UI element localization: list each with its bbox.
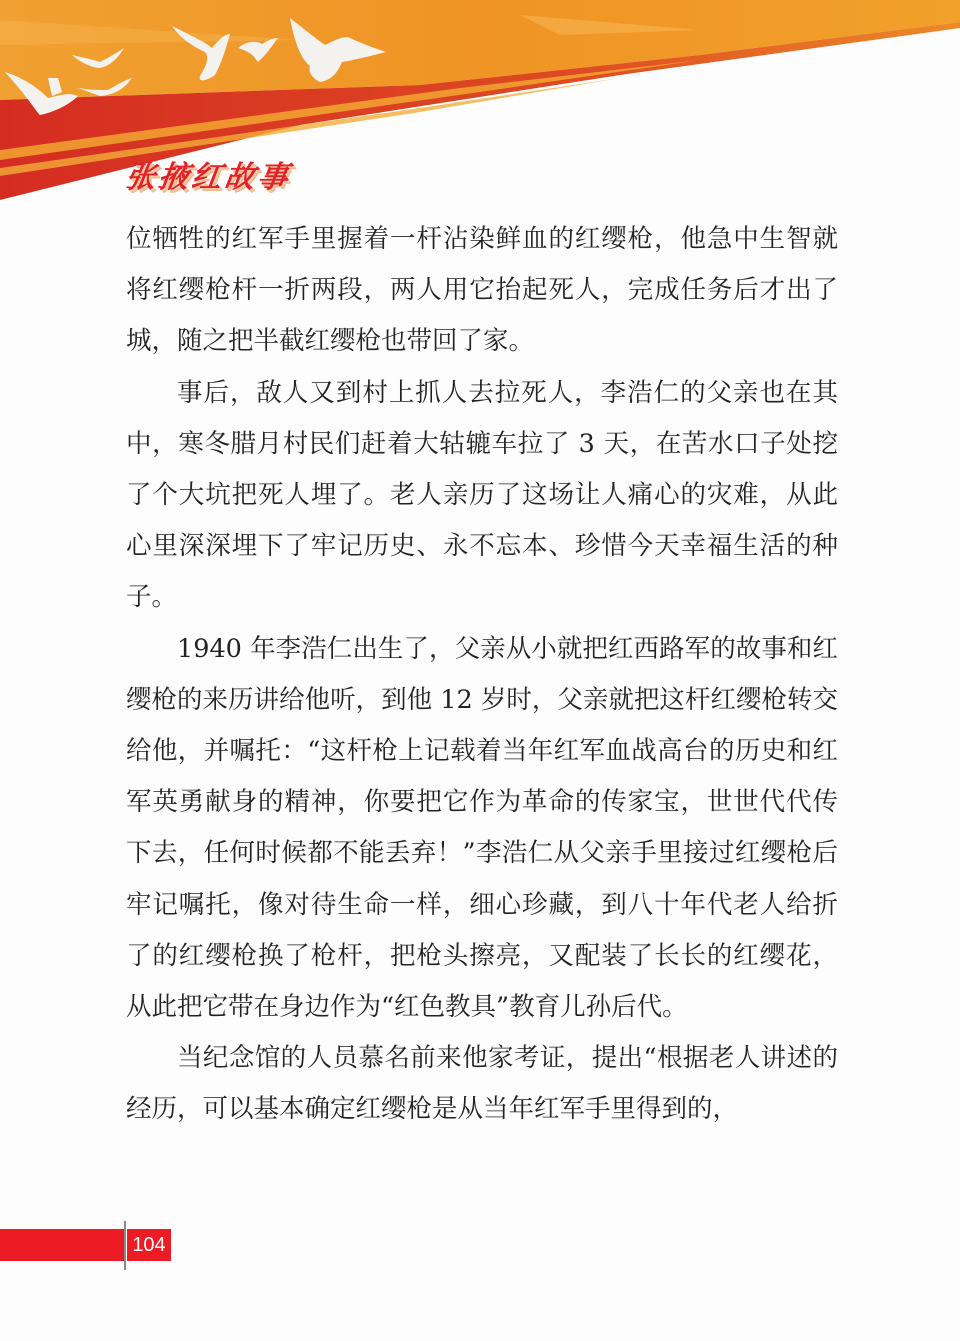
header-banner: 张掖红故事 (0, 0, 960, 210)
paragraph: 位牺牲的红军手里握着一杆沾染鲜血的红缨枪，他急中生智就将红缨枪杆一折两段，两人用… (126, 214, 838, 368)
series-title: 张掖红故事 (123, 152, 294, 196)
footer-accent-bar (0, 1229, 124, 1261)
paragraph: 事后，敌人又到村上抓人去拉死人，李浩仁的父亲也在其中，寒冬腊月村民们赶着大轱辘车… (126, 368, 838, 624)
article-body: 位牺牲的红军手里握着一杆沾染鲜血的红缨枪，他急中生智就将红缨枪杆一折两段，两人用… (126, 214, 838, 1136)
paragraph: 1940 年李浩仁出生了，父亲从小就把红西路军的故事和红缨枪的来历讲给他听，到他… (126, 624, 838, 1034)
paragraph: 当纪念馆的人员慕名前来他家考证，提出“根据老人讲述的经历，可以基本确定红缨枪是从… (126, 1033, 838, 1135)
footer-divider (124, 1221, 126, 1270)
page-number: 104 (127, 1229, 171, 1261)
